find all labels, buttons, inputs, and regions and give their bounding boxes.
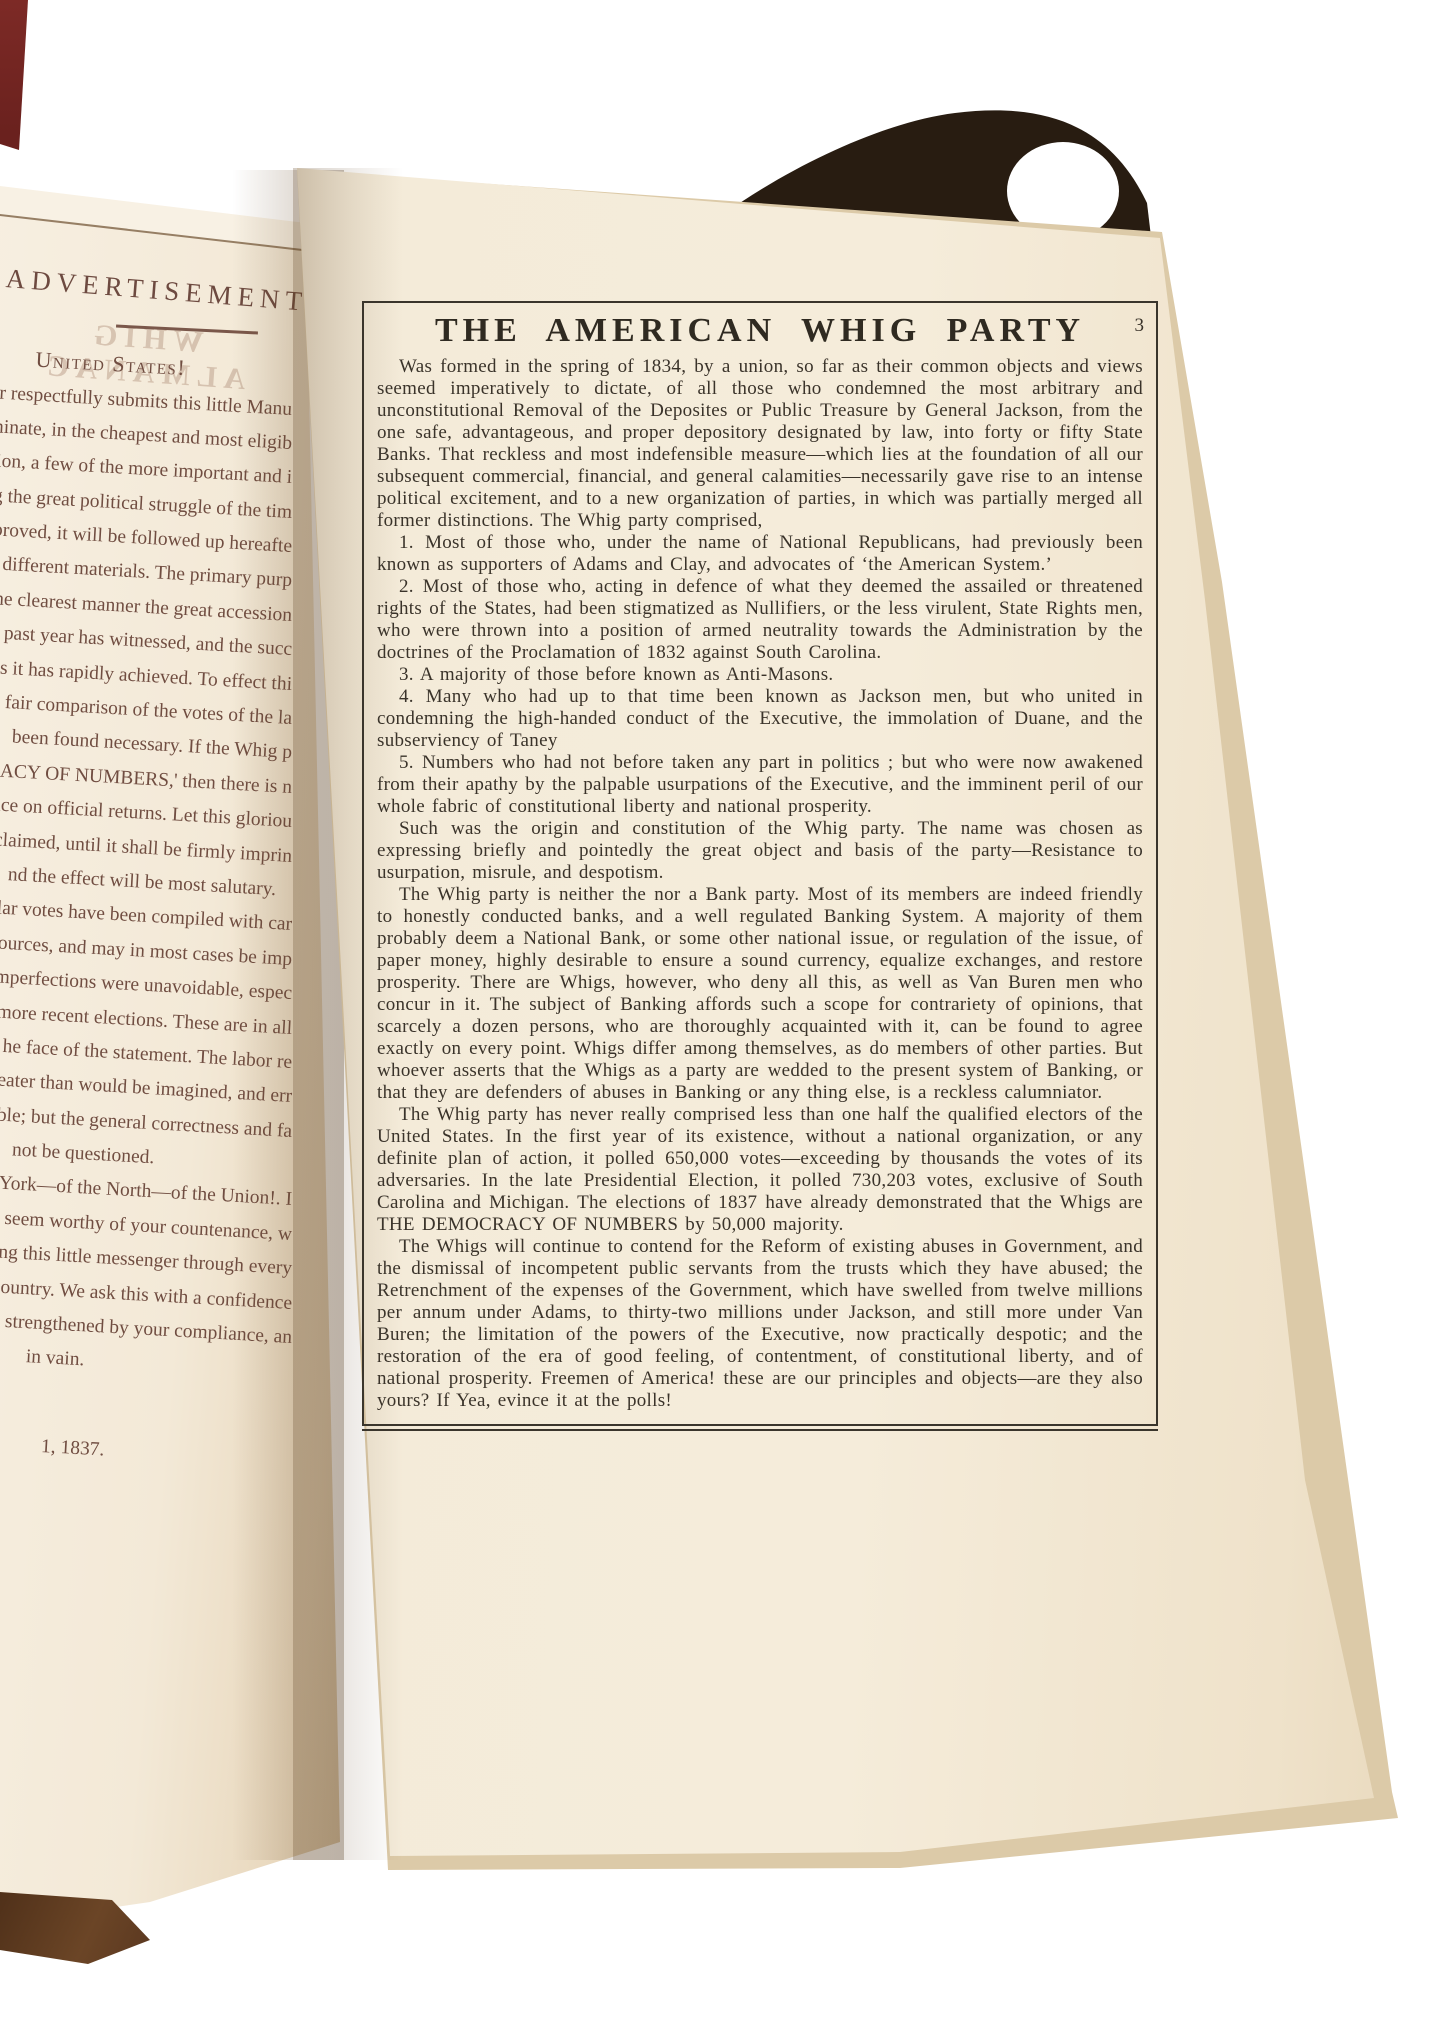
page-number: 3 xyxy=(1135,315,1145,337)
book-cover-edge xyxy=(0,0,28,150)
printed-text-box: THE AMERICAN WHIG PARTY 3 Was formed in … xyxy=(362,301,1158,1426)
paragraph-numbers: The Whig party has never really comprise… xyxy=(377,1104,1143,1236)
advertisement-heading: ADVERTISEMENT. xyxy=(4,258,292,320)
date-line: 1, 1837. xyxy=(0,1428,293,1479)
paragraph-reform: The Whigs will continue to contend for t… xyxy=(377,1236,1143,1412)
list-item-1: 1. Most of those who, under the name of … xyxy=(377,532,1143,576)
title-row: THE AMERICAN WHIG PARTY 3 xyxy=(364,303,1156,352)
article-body: Was formed in the spring of 1834, by a u… xyxy=(364,352,1156,1412)
book-photo: WHIG ALMANAC ADVERTISEMENT. United State… xyxy=(0,0,1445,2023)
paragraph-formation: Was formed in the spring of 1834, by a u… xyxy=(377,356,1143,532)
page-title: THE AMERICAN WHIG PARTY xyxy=(364,310,1156,352)
list-item-4: 4. Many who had up to that time been kno… xyxy=(377,686,1143,752)
list-item-2: 2. Most of those who, acting in defence … xyxy=(377,576,1143,664)
paragraph-banking: The Whig party is neither the nor a Bank… xyxy=(377,884,1143,1104)
paragraph-origin: Such was the origin and constitution of … xyxy=(377,818,1143,884)
left-page-content: WHIG ALMANAC ADVERTISEMENT. United State… xyxy=(0,258,292,1478)
list-item-3: 3. A majority of those before known as A… xyxy=(377,664,1143,686)
list-item-5: 5. Numbers who had not before taken any … xyxy=(377,752,1143,818)
